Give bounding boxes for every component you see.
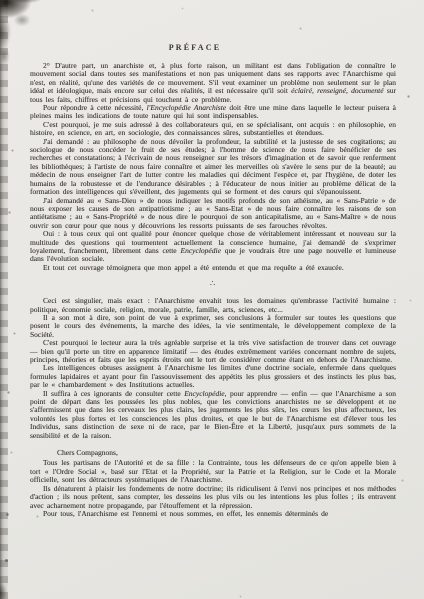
paragraph: Les intelligences obtuses assignent à l'… bbox=[30, 364, 396, 389]
page-title: PRÉFACE bbox=[12, 43, 378, 52]
text-segment: Et tout cet ouvrage témoignera que mon a… bbox=[43, 263, 344, 272]
text-segment: C'est pourquoi le lecteur aura la très a… bbox=[30, 338, 396, 364]
paragraph: 2° D'autre part, un anarchiste et, à plu… bbox=[30, 62, 396, 104]
paragraph: J'ai demandé au « Sans-Dieu » de nous in… bbox=[30, 197, 396, 231]
scan-edge-artifact bbox=[0, 0, 8, 599]
italic-text-segment: éclairé, renseigné, documenté bbox=[291, 86, 383, 95]
text-segment: Ceci est singulier, mais exact : l'Anarc… bbox=[30, 296, 396, 313]
paragraph: Oui : à tous ceux qui ont qualité pour é… bbox=[30, 230, 396, 264]
paragraph: Il a son mot à dire, son point de vue à … bbox=[30, 314, 396, 339]
text-segment: Pour tous, l'Anarchisme est l'ennemi et … bbox=[43, 509, 328, 518]
text-segment: Ils dénaturent à plaisir les fondements … bbox=[30, 484, 396, 510]
text-segment: , pour apprendre — enfin — que l'Anarchi… bbox=[30, 389, 396, 440]
salutation: Chers Compagnons, bbox=[57, 449, 396, 457]
text-segment: Il a son mot à dire, son point de vue à … bbox=[30, 313, 396, 339]
paragraph: Ceci est singulier, mais exact : l'Anarc… bbox=[30, 297, 396, 314]
preface-body: 2° D'autre part, un anarchiste et, à plu… bbox=[30, 62, 396, 518]
paragraph: J'ai demandé : au philosophe de nous dév… bbox=[30, 138, 396, 197]
paragraph: C'est pourquoi, je me suis adressé à des… bbox=[30, 121, 396, 138]
paragraph: Pour tous, l'Anarchisme est l'ennemi et … bbox=[30, 510, 396, 518]
paragraph: Il suffira à ces ignorants de consulter … bbox=[30, 390, 396, 440]
text-segment: Tous les partisans de l'Autorité et de s… bbox=[30, 458, 396, 484]
text-block: PRÉFACE 2° D'autre part, un anarchiste e… bbox=[30, 0, 396, 518]
scanned-book-page: PRÉFACE 2° D'autre part, un anarchiste e… bbox=[0, 0, 424, 599]
italic-text-segment: Encyclopédie bbox=[181, 246, 221, 255]
paragraph: Et tout cet ouvrage témoignera que mon a… bbox=[30, 264, 396, 272]
text-segment: J'ai demandé : au philosophe de nous dév… bbox=[30, 137, 396, 196]
paragraph: Tous les partisans de l'Autorité et de s… bbox=[30, 459, 396, 484]
section-separator: ∴ bbox=[30, 280, 396, 288]
paragraph: Ils dénaturent à plaisir les fondements … bbox=[30, 485, 396, 510]
text-segment: Les intelligences obtuses assignent à l'… bbox=[30, 363, 396, 389]
text-segment: Chers Compagnons, bbox=[57, 448, 118, 457]
ink-smudge-bottom-left bbox=[0, 561, 22, 599]
paragraph: Pour répondre à cette nécessité, l'Encyc… bbox=[30, 104, 396, 121]
paragraph: C'est pourquoi le lecteur aura la très a… bbox=[30, 339, 396, 364]
text-segment: J'ai demandé au « Sans-Dieu » de nous in… bbox=[30, 196, 396, 230]
text-segment: C'est pourquoi, je me suis adressé à des… bbox=[30, 120, 396, 137]
